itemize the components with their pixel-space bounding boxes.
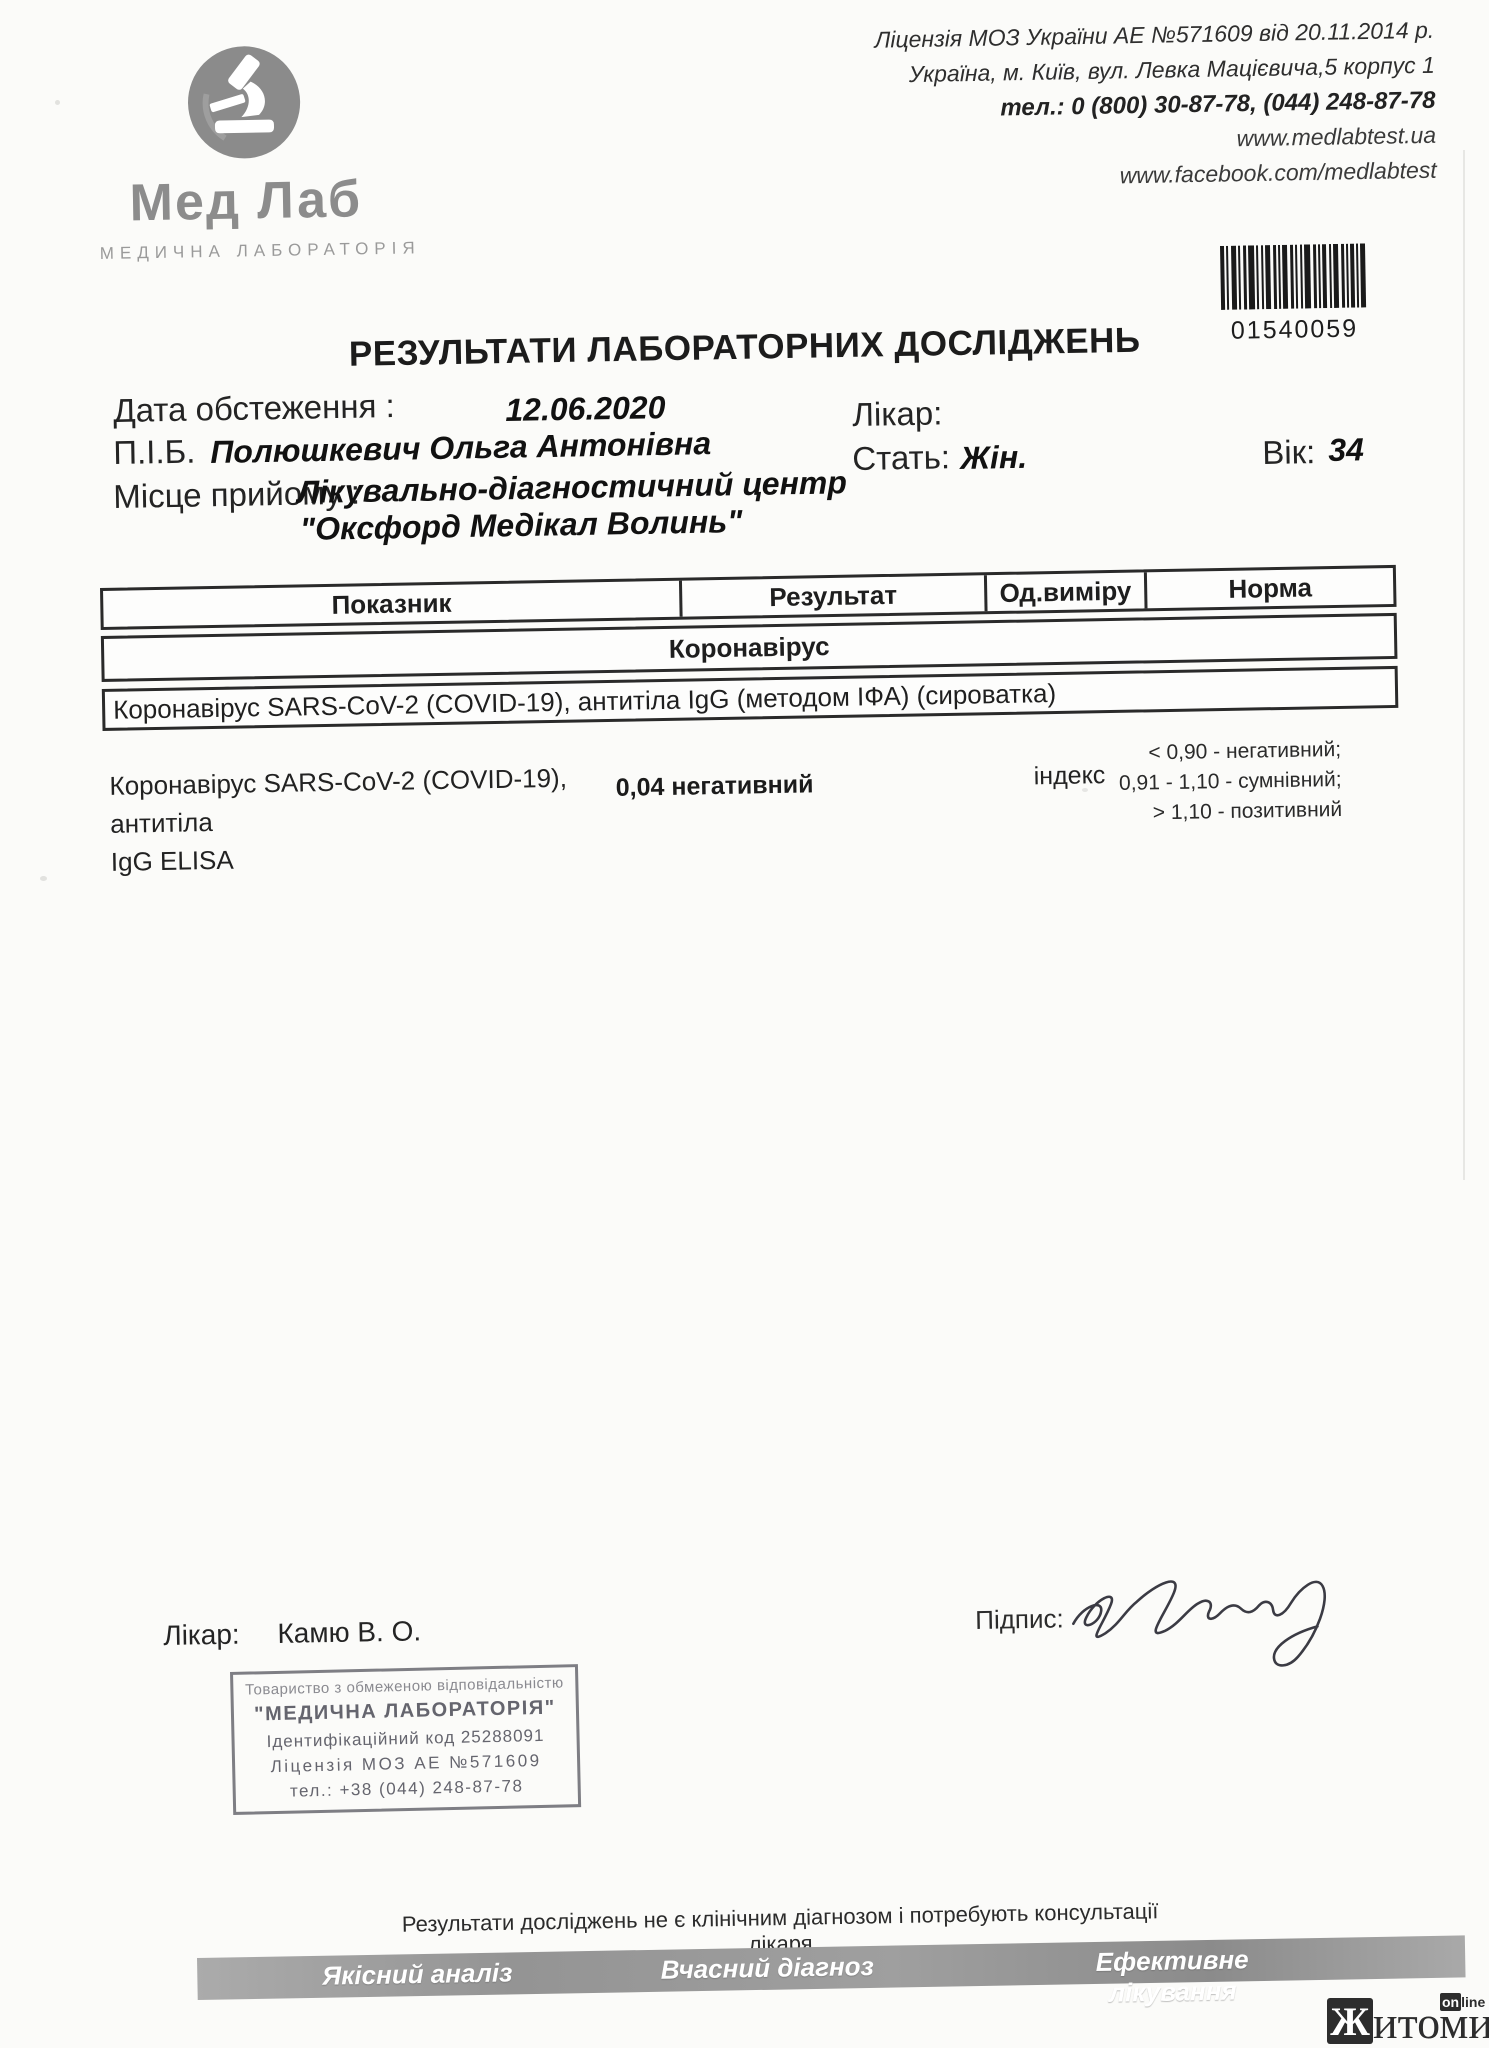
stamp-line5: тел.: +38 (044) 248-87-78 bbox=[240, 1775, 574, 1803]
watermark-on-box: on bbox=[1440, 1993, 1461, 2011]
norm-line2: 0,91 - 1,10 - сумнівний; bbox=[1079, 765, 1341, 800]
age-label: Вік: bbox=[1262, 433, 1316, 472]
sex-value: Жін. bbox=[960, 439, 1027, 477]
exam-date-label: Дата обстеження : bbox=[113, 387, 395, 430]
stamp-line1: Товариство з обмеженою відповідальністю bbox=[237, 1674, 571, 1699]
signature-label: Підпис: bbox=[975, 1603, 1064, 1636]
company-stamp: Товариство з обмеженою відповідальністю … bbox=[230, 1664, 581, 1815]
microscope-icon bbox=[184, 40, 304, 162]
col-header-unit: Од.виміру bbox=[983, 572, 1144, 611]
scan-speck bbox=[55, 100, 60, 105]
norm-line1: < 0,90 - негативний; bbox=[1079, 735, 1341, 770]
col-header-norm: Норма bbox=[1144, 568, 1394, 608]
slogan-treatment: Ефективне лікування bbox=[1042, 1943, 1303, 2010]
medlab-logo: Мед Лаб МЕДИЧНА ЛАБОРАТОРІЯ bbox=[96, 39, 394, 264]
logo-wordmark: Мед Лаб bbox=[98, 169, 393, 234]
barcode-bars bbox=[1218, 243, 1369, 310]
scan-speck bbox=[40, 876, 47, 881]
patient-name-value: Полюшкевич Ольга Антонівна bbox=[210, 425, 711, 471]
stamp-line3: Ідентифікаційний код 25288091 bbox=[238, 1725, 572, 1753]
sex-label: Стать: bbox=[852, 438, 950, 478]
signoff-doctor-name: Камю В. О. bbox=[277, 1615, 421, 1649]
zhytomyr-online-watermark: Ж итомир online bbox=[1327, 1994, 1487, 2046]
table-row: Коронавірус SARS-CoV-2 (COVID-19), антит… bbox=[103, 734, 1401, 887]
col-header-indicator: Показник bbox=[103, 581, 680, 627]
norm-cell: < 0,90 - негативний; 0,91 - 1,10 - сумні… bbox=[1079, 735, 1343, 830]
lab-contact-block: Ліцензія МОЗ України АЕ №571609 від 20.1… bbox=[690, 13, 1437, 201]
results-table: Показник Результат Од.виміру Норма Корон… bbox=[100, 565, 1401, 887]
doctor-signoff-line: Лікар: Камю В. О. bbox=[163, 1615, 421, 1652]
exam-date-value: 12.06.2020 bbox=[505, 389, 666, 429]
handwritten-signature bbox=[1058, 1542, 1370, 1682]
patient-name-label: П.І.Б. bbox=[113, 433, 196, 472]
stamp-line2: "МЕДИЧНА ЛАБОРАТОРІЯ" bbox=[238, 1696, 572, 1727]
watermark-line-text: line bbox=[1461, 1994, 1485, 2010]
col-header-result: Результат bbox=[679, 575, 984, 616]
watermark-online-label: online bbox=[1440, 1994, 1485, 2010]
page-title: РЕЗУЛЬТАТИ ЛАБОРАТОРНИХ ДОСЛІДЖЕНЬ bbox=[0, 314, 1489, 380]
doctor-label: Лікар: bbox=[852, 394, 943, 434]
age-value: 34 bbox=[1328, 431, 1364, 469]
slogan-diagnosis: Вчасний діагноз bbox=[652, 1951, 883, 1986]
watermark-zh-box: Ж bbox=[1327, 1998, 1373, 2044]
scan-edge-line bbox=[1463, 150, 1465, 1180]
norm-line3: > 1,10 - позитивний bbox=[1080, 795, 1342, 830]
signoff-doctor-label: Лікар: bbox=[163, 1619, 240, 1651]
logo-subtitle: МЕДИЧНА ЛАБОРАТОРІЯ bbox=[100, 239, 394, 264]
reception-place-value: Лікувально-діагностичний центр "Оксфорд … bbox=[297, 464, 848, 548]
slogan-quality: Якісний аналіз bbox=[307, 1957, 528, 1992]
stamp-line4: Ліцензія МОЗ АЕ №571609 bbox=[239, 1750, 573, 1778]
result-cell: 0,04 негативний bbox=[586, 770, 842, 804]
